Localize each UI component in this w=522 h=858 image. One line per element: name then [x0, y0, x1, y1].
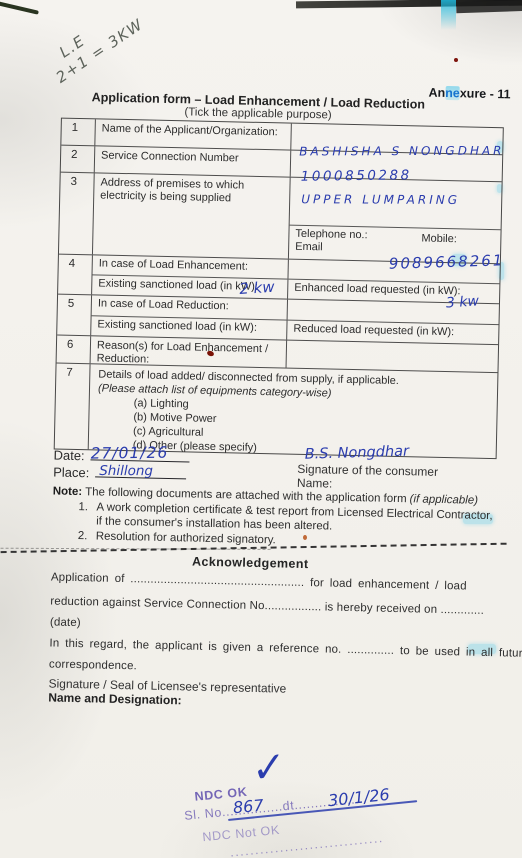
acknowledgement-line: reduction against Service Connection No.…: [50, 595, 502, 617]
row-number: 6: [57, 336, 92, 364]
licensee-name-designation-label: Name and Designation:: [48, 690, 182, 707]
consumer-name-label: Name:: [297, 476, 333, 491]
note-block: Note: The following documents are attach…: [52, 485, 500, 553]
date-ink: 27/01/26: [91, 444, 169, 463]
row-number: 5: [57, 295, 92, 336]
note-item-text: Resolution for authorized signatory.: [96, 529, 276, 547]
note-italic-text: (if applicable): [409, 493, 478, 506]
mobile-label: Mobile:: [421, 232, 457, 246]
place-label: Place:: [53, 465, 89, 481]
acknowledgement-line: In this regard, the applicant is given a…: [49, 637, 501, 659]
scanned-application-form-page: L.E 2+1 = 3KW Annexure - 11 Application …: [0, 0, 522, 858]
row-number: 7: [55, 364, 91, 450]
service-connection-number-ink: 1000850288: [301, 167, 412, 184]
telephone-label: Telephone no.:: [295, 228, 367, 242]
existing-load-ink: 2 kw: [239, 278, 275, 298]
applicant-name-ink: BASHISHA S NONGDHAR: [299, 144, 504, 159]
table-row-3: 3 Address of premises to which electrici…: [59, 172, 502, 264]
address-ink: UPPER LUMPARING: [301, 192, 460, 207]
note-item-number: 2.: [78, 529, 96, 543]
row-label: Reason(s) for Load Enhancement / Reducti…: [91, 336, 288, 367]
checkmark-ink: ✓: [252, 742, 285, 793]
row-label: Address of premises to which electricity…: [93, 173, 291, 258]
note-label: Note:: [53, 486, 83, 499]
row-value-cell: Telephone no.:Mobile: Email: [289, 178, 502, 264]
row-value-cell: [287, 341, 499, 373]
row-number: 3: [59, 173, 95, 255]
application-form: Annexure - 11 Application form – Load En…: [0, 0, 522, 858]
row-number: 4: [58, 255, 93, 295]
row-label: Service Connection Number: [95, 146, 292, 176]
stamp-serial-ink: 867: [232, 796, 264, 818]
note-item-number: 1.: [78, 500, 97, 528]
row-label: Name of the Applicant/Organization:: [95, 119, 292, 149]
row-number: 1: [61, 119, 96, 146]
application-table: 1 Name of the Applicant/Organization: 2 …: [54, 118, 504, 460]
acknowledgement-line: Application of .........................…: [51, 571, 503, 593]
acknowledgement-line: (date): [50, 616, 502, 638]
row-number: 2: [61, 146, 96, 173]
place-ink: Shillong: [99, 463, 153, 479]
enhanced-load-ink: 3 kw: [446, 293, 480, 311]
consumer-signature-ink: B.S. Nongdhar: [304, 444, 409, 463]
date-label: Date:: [53, 448, 84, 464]
mobile-number-ink: 9089668261: [389, 251, 505, 273]
